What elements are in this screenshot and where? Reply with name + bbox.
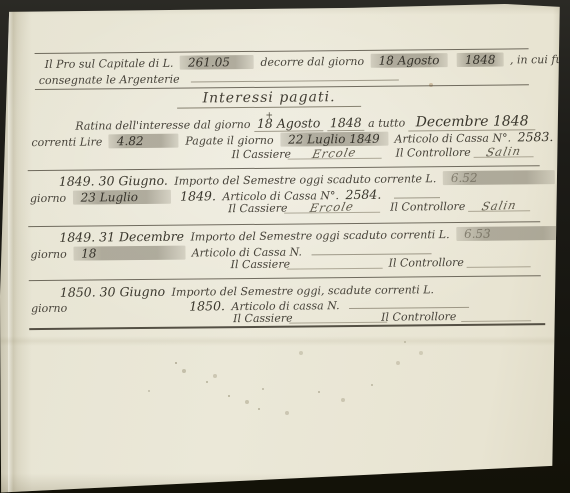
- entry2-trailing-blank: [394, 187, 440, 198]
- entry3-cassiere-label: Il Cassiere: [231, 258, 291, 273]
- entry4-cassa-blank: [349, 297, 469, 309]
- entry3-cassiere-signature: [287, 256, 383, 270]
- entry1-cassa-number: 2583.: [515, 129, 557, 144]
- entry2-controllore-label: Il Controllore: [390, 200, 465, 215]
- entry2-date-head: 1849. 30 Giugno.: [56, 173, 171, 189]
- entry2-cassiere-label: Il Cassiere: [228, 202, 288, 217]
- entry4-cassiere-signature: [289, 310, 387, 324]
- header-line-1: Il Pro sul Capitale di L. 261.05 decorre…: [45, 52, 570, 72]
- entry4-pay-date-highlight: [74, 311, 180, 312]
- entry1-cassiere-label: Il Cassiere: [232, 148, 292, 163]
- entry3-date-head: 1849. 31 Decembre: [56, 229, 187, 245]
- entry1-pay-date-highlight: 22 Luglio 1849: [280, 132, 388, 147]
- entry1-controllore-signature: Salin: [473, 144, 533, 158]
- entry1-from-date: 18 Agosto: [254, 115, 324, 132]
- entry3-controllore-signature: [467, 254, 531, 268]
- ink-bleed-speckles: [0, 0, 2, 2]
- entry4-cassiere-label: Il Cassiere: [233, 312, 293, 327]
- start-date-highlight: 18 Agosto: [371, 53, 448, 68]
- entry2-amount-highlight: 6.52: [443, 170, 555, 185]
- header-text-3: , in cui furono: [510, 53, 570, 67]
- header-text-1: Il Pro sul Capitale di L.: [45, 57, 174, 71]
- entry4-date-head: 1850. 30 Giugno: [57, 284, 168, 300]
- entry2-tail: pagate il: [561, 171, 570, 184]
- entry4-body: Importo del Semestre oggi, scadute corre…: [172, 283, 435, 299]
- entry1-controllore-label: Il Controllore: [396, 146, 471, 161]
- entry1-cassiere-signature: Ercole: [287, 146, 381, 160]
- entry1-from-year: 1848: [327, 115, 365, 131]
- photo-frame: Il Pro sul Capitale di L. 261.05 decorre…: [0, 0, 570, 493]
- document-content: Il Pro sul Capitale di L. 261.05 decorre…: [0, 0, 570, 493]
- entry1-currency-label: correnti Lire: [31, 135, 102, 149]
- entry3-amount-highlight: 6.53: [456, 226, 570, 241]
- entry4-controllore-label: Il Controllore: [381, 310, 456, 325]
- header-blank-line: [191, 70, 399, 83]
- entry1-amount-highlight: 4.82: [109, 134, 179, 149]
- entry2-body: Importo del Semestre oggi scaduto corren…: [174, 172, 436, 188]
- entry4-amount-highlight: [441, 292, 563, 293]
- entry1-intro: Ratina dell'interesse dal giorno: [75, 118, 250, 133]
- entry3-body: Importo del Semestre oggi scaduto corren…: [190, 228, 449, 243]
- entry2-controllore-signature: Salin: [468, 198, 530, 212]
- entry1-cassa-label: Articolo di Cassa N°.: [394, 131, 511, 145]
- header-text-2: decorre dal giorno: [260, 55, 364, 69]
- page-title: Interessi pagati.: [177, 90, 362, 109]
- header-text-4: consegnate le Argenterie: [39, 73, 180, 87]
- paper-sheet: Il Pro sul Capitale di L. 261.05 decorre…: [0, 0, 570, 493]
- entry2-cassiere-signature: Ercole: [284, 200, 380, 214]
- entry1-mid: a tutto: [368, 116, 405, 129]
- entry4-controllore-signature: [461, 308, 531, 322]
- entry3-separator: [29, 275, 541, 281]
- start-year-highlight: 1848: [457, 53, 504, 67]
- entry3-controllore-label: Il Controllore: [389, 256, 464, 271]
- entry3-cassa-blank: [311, 243, 431, 255]
- capital-amount-highlight: 261.05: [180, 55, 254, 70]
- entry2-line1: 1849. 30 Giugno. Importo del Semestre og…: [56, 170, 570, 190]
- entry1-paid-label: Pagate il giorno: [185, 134, 273, 148]
- entry3-line1: 1849. 31 Decembre Importo del Semestre o…: [56, 225, 570, 245]
